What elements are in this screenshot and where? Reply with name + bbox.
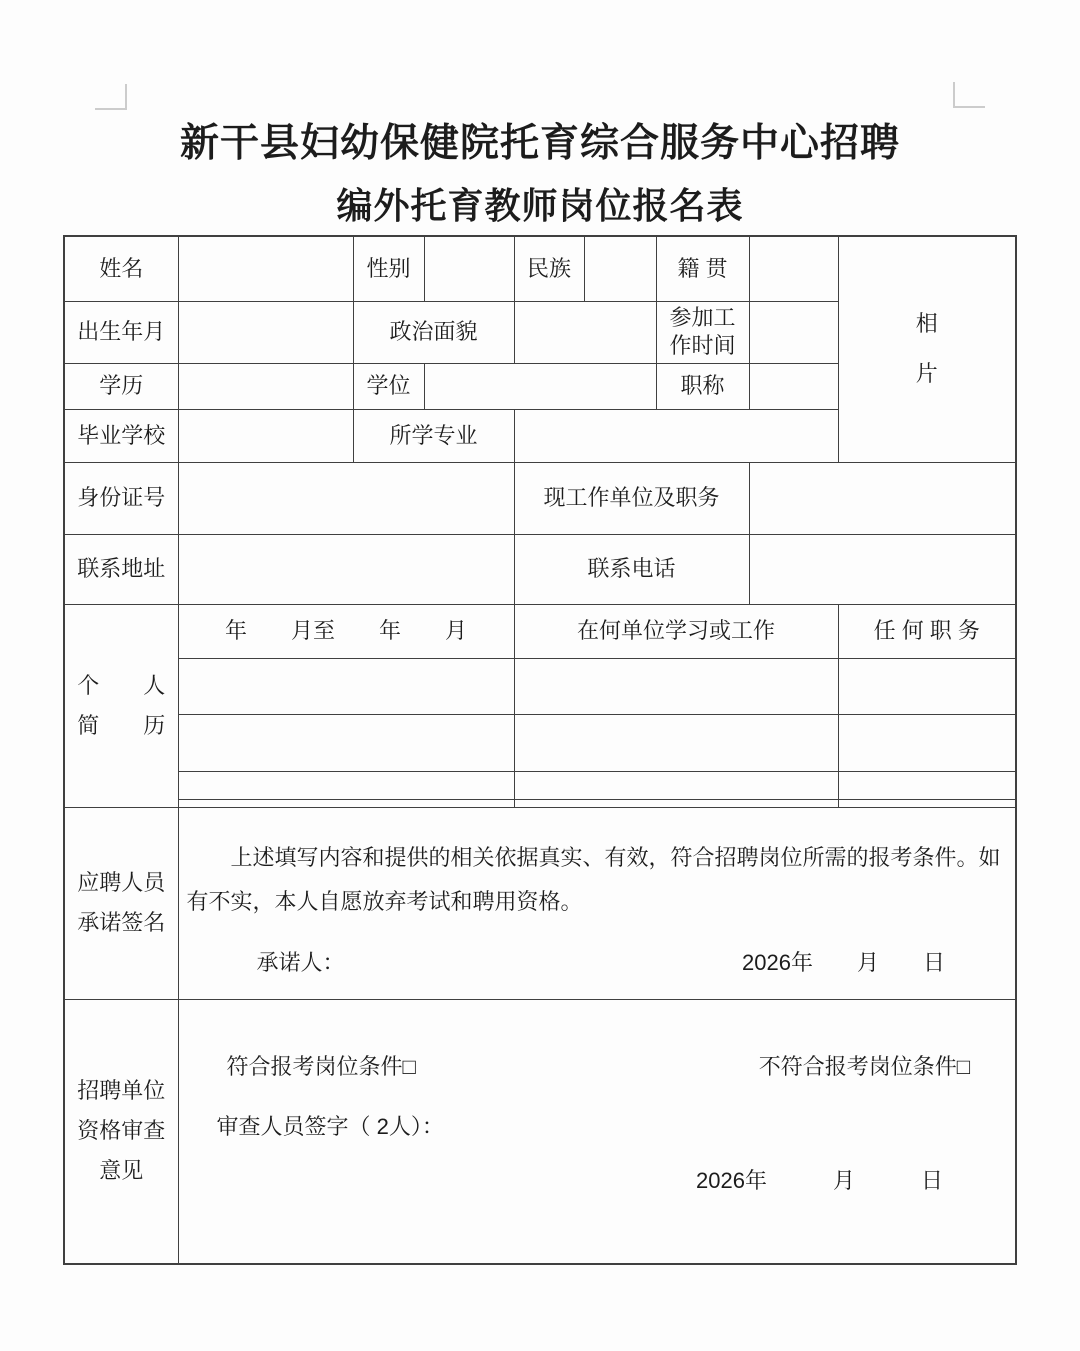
value-ethnicity xyxy=(584,236,656,301)
promise-label-line1: 应聘人员 xyxy=(65,863,178,903)
form-title-line1: 新干县妇幼保健院托育综合服务中心招聘 xyxy=(0,112,1080,168)
resume-period-cell xyxy=(178,714,514,771)
promise-signer-label: 承诺人： xyxy=(257,946,345,980)
value-id-number xyxy=(178,462,514,534)
value-graduate-school xyxy=(178,409,353,462)
review-label-line1: 招聘单位 xyxy=(65,1071,178,1111)
form-page: 新干县妇幼保健院托育综合服务中心招聘 编外托育教师岗位报名表 姓名 性别 民族 … xyxy=(0,0,1080,1351)
label-birth-date: 出生年月 xyxy=(64,301,178,363)
review-signature-label: 审查人员签字（ 2人）： xyxy=(179,1084,1016,1144)
photo-area: 相 片 xyxy=(838,236,1016,462)
resume-period-cell xyxy=(178,771,514,799)
label-political-status: 政治面貌 xyxy=(353,301,514,363)
value-political-status xyxy=(514,301,656,363)
promise-date: 2026年 月 日 xyxy=(742,946,945,980)
resume-row-2 xyxy=(64,714,1016,771)
label-native-place: 籍 贯 xyxy=(656,236,749,301)
review-option-not-qualified: 不符合报考岗位条件□ xyxy=(759,1050,970,1084)
promise-content: 上述填写内容和提供的相关依据真实、有效，符合招聘岗位所需的报考条件。如有不实，本… xyxy=(178,807,1016,999)
resume-period-cell xyxy=(178,658,514,714)
resume-workplace-cell xyxy=(514,771,838,799)
resume-label-line2: 简 历 xyxy=(65,706,178,746)
section-label-resume: 个 人 简 历 xyxy=(64,604,178,807)
value-contact-phone xyxy=(749,534,1016,604)
resume-workplace-cell xyxy=(514,658,838,714)
row-basic-1: 姓名 性别 民族 籍 贯 相 片 xyxy=(64,236,1016,301)
resume-label-line1: 个 人 xyxy=(65,666,178,706)
value-contact-address xyxy=(178,534,514,604)
value-degree xyxy=(424,363,656,409)
label-contact-phone: 联系电话 xyxy=(514,534,749,604)
label-current-employer: 现工作单位及职务 xyxy=(514,462,749,534)
label-ethnicity: 民族 xyxy=(514,236,584,301)
value-gender xyxy=(424,236,514,301)
resume-col-position: 任 何 职 务 xyxy=(838,604,1016,658)
value-education xyxy=(178,363,353,409)
promise-statement: 上述填写内容和提供的相关依据真实、有效，符合招聘岗位所需的报考条件。如有不实，本… xyxy=(187,836,1007,924)
resume-row-3 xyxy=(64,771,1016,799)
value-professional-title xyxy=(749,363,838,409)
label-work-start: 参加工作时间 xyxy=(656,301,749,363)
resume-header-row: 个 人 简 历 年 月至 年 月 在何单位学习或工作 任 何 职 务 xyxy=(64,604,1016,658)
value-native-place xyxy=(749,236,838,301)
promise-label-line2: 承诺签名 xyxy=(65,903,178,943)
review-content: 符合报考岗位条件□ 不符合报考岗位条件□ 审查人员签字（ 2人）： 2026年 … xyxy=(178,999,1016,1264)
review-section-row: 招聘单位 资格审查 意见 符合报考岗位条件□ 不符合报考岗位条件□ 审查人员签字… xyxy=(64,999,1016,1264)
resume-row-1 xyxy=(64,658,1016,714)
label-contact-address: 联系地址 xyxy=(64,534,178,604)
label-graduate-school: 毕业学校 xyxy=(64,409,178,462)
promise-section-row: 应聘人员 承诺签名 上述填写内容和提供的相关依据真实、有效，符合招聘岗位所需的报… xyxy=(64,807,1016,999)
label-major: 所学专业 xyxy=(353,409,514,462)
resume-workplace-cell xyxy=(514,799,838,807)
application-form-table: 姓名 性别 民族 籍 贯 相 片 出生年月 政治面貌 参加工作时间 学历 xyxy=(63,235,1017,1265)
photo-label-line2: 片 xyxy=(839,349,1016,399)
resume-period-cell xyxy=(178,799,514,807)
section-label-promise: 应聘人员 承诺签名 xyxy=(64,807,178,999)
page-corner-mark-right xyxy=(953,82,985,108)
review-label-line3: 意见 xyxy=(65,1151,178,1191)
review-date: 2026年 月 日 xyxy=(179,1144,1016,1198)
label-professional-title: 职称 xyxy=(656,363,749,409)
label-gender: 性别 xyxy=(353,236,424,301)
review-label-line2: 资格审查 xyxy=(65,1111,178,1151)
label-id-number: 身份证号 xyxy=(64,462,178,534)
value-birth-date xyxy=(178,301,353,363)
resume-position-cell xyxy=(838,799,1016,807)
section-label-review: 招聘单位 资格审查 意见 xyxy=(64,999,178,1264)
value-name xyxy=(178,236,353,301)
review-option-qualified: 符合报考岗位条件□ xyxy=(227,1050,416,1084)
resume-workplace-cell xyxy=(514,714,838,771)
value-major xyxy=(514,409,838,462)
label-name: 姓名 xyxy=(64,236,178,301)
form-title-line2: 编外托育教师岗位报名表 xyxy=(0,178,1080,229)
label-education: 学历 xyxy=(64,363,178,409)
label-degree: 学位 xyxy=(353,363,424,409)
page-corner-mark-left xyxy=(95,84,127,110)
resume-col-period: 年 月至 年 月 xyxy=(178,604,514,658)
row-contact: 联系地址 联系电话 xyxy=(64,534,1016,604)
resume-col-workplace: 在何单位学习或工作 xyxy=(514,604,838,658)
resume-position-cell xyxy=(838,658,1016,714)
photo-label-line1: 相 xyxy=(839,299,1016,349)
resume-position-cell xyxy=(838,714,1016,771)
resume-position-cell xyxy=(838,771,1016,799)
row-id-number: 身份证号 现工作单位及职务 xyxy=(64,462,1016,534)
value-work-start xyxy=(749,301,838,363)
resume-row-4 xyxy=(64,799,1016,807)
value-current-employer xyxy=(749,462,1016,534)
